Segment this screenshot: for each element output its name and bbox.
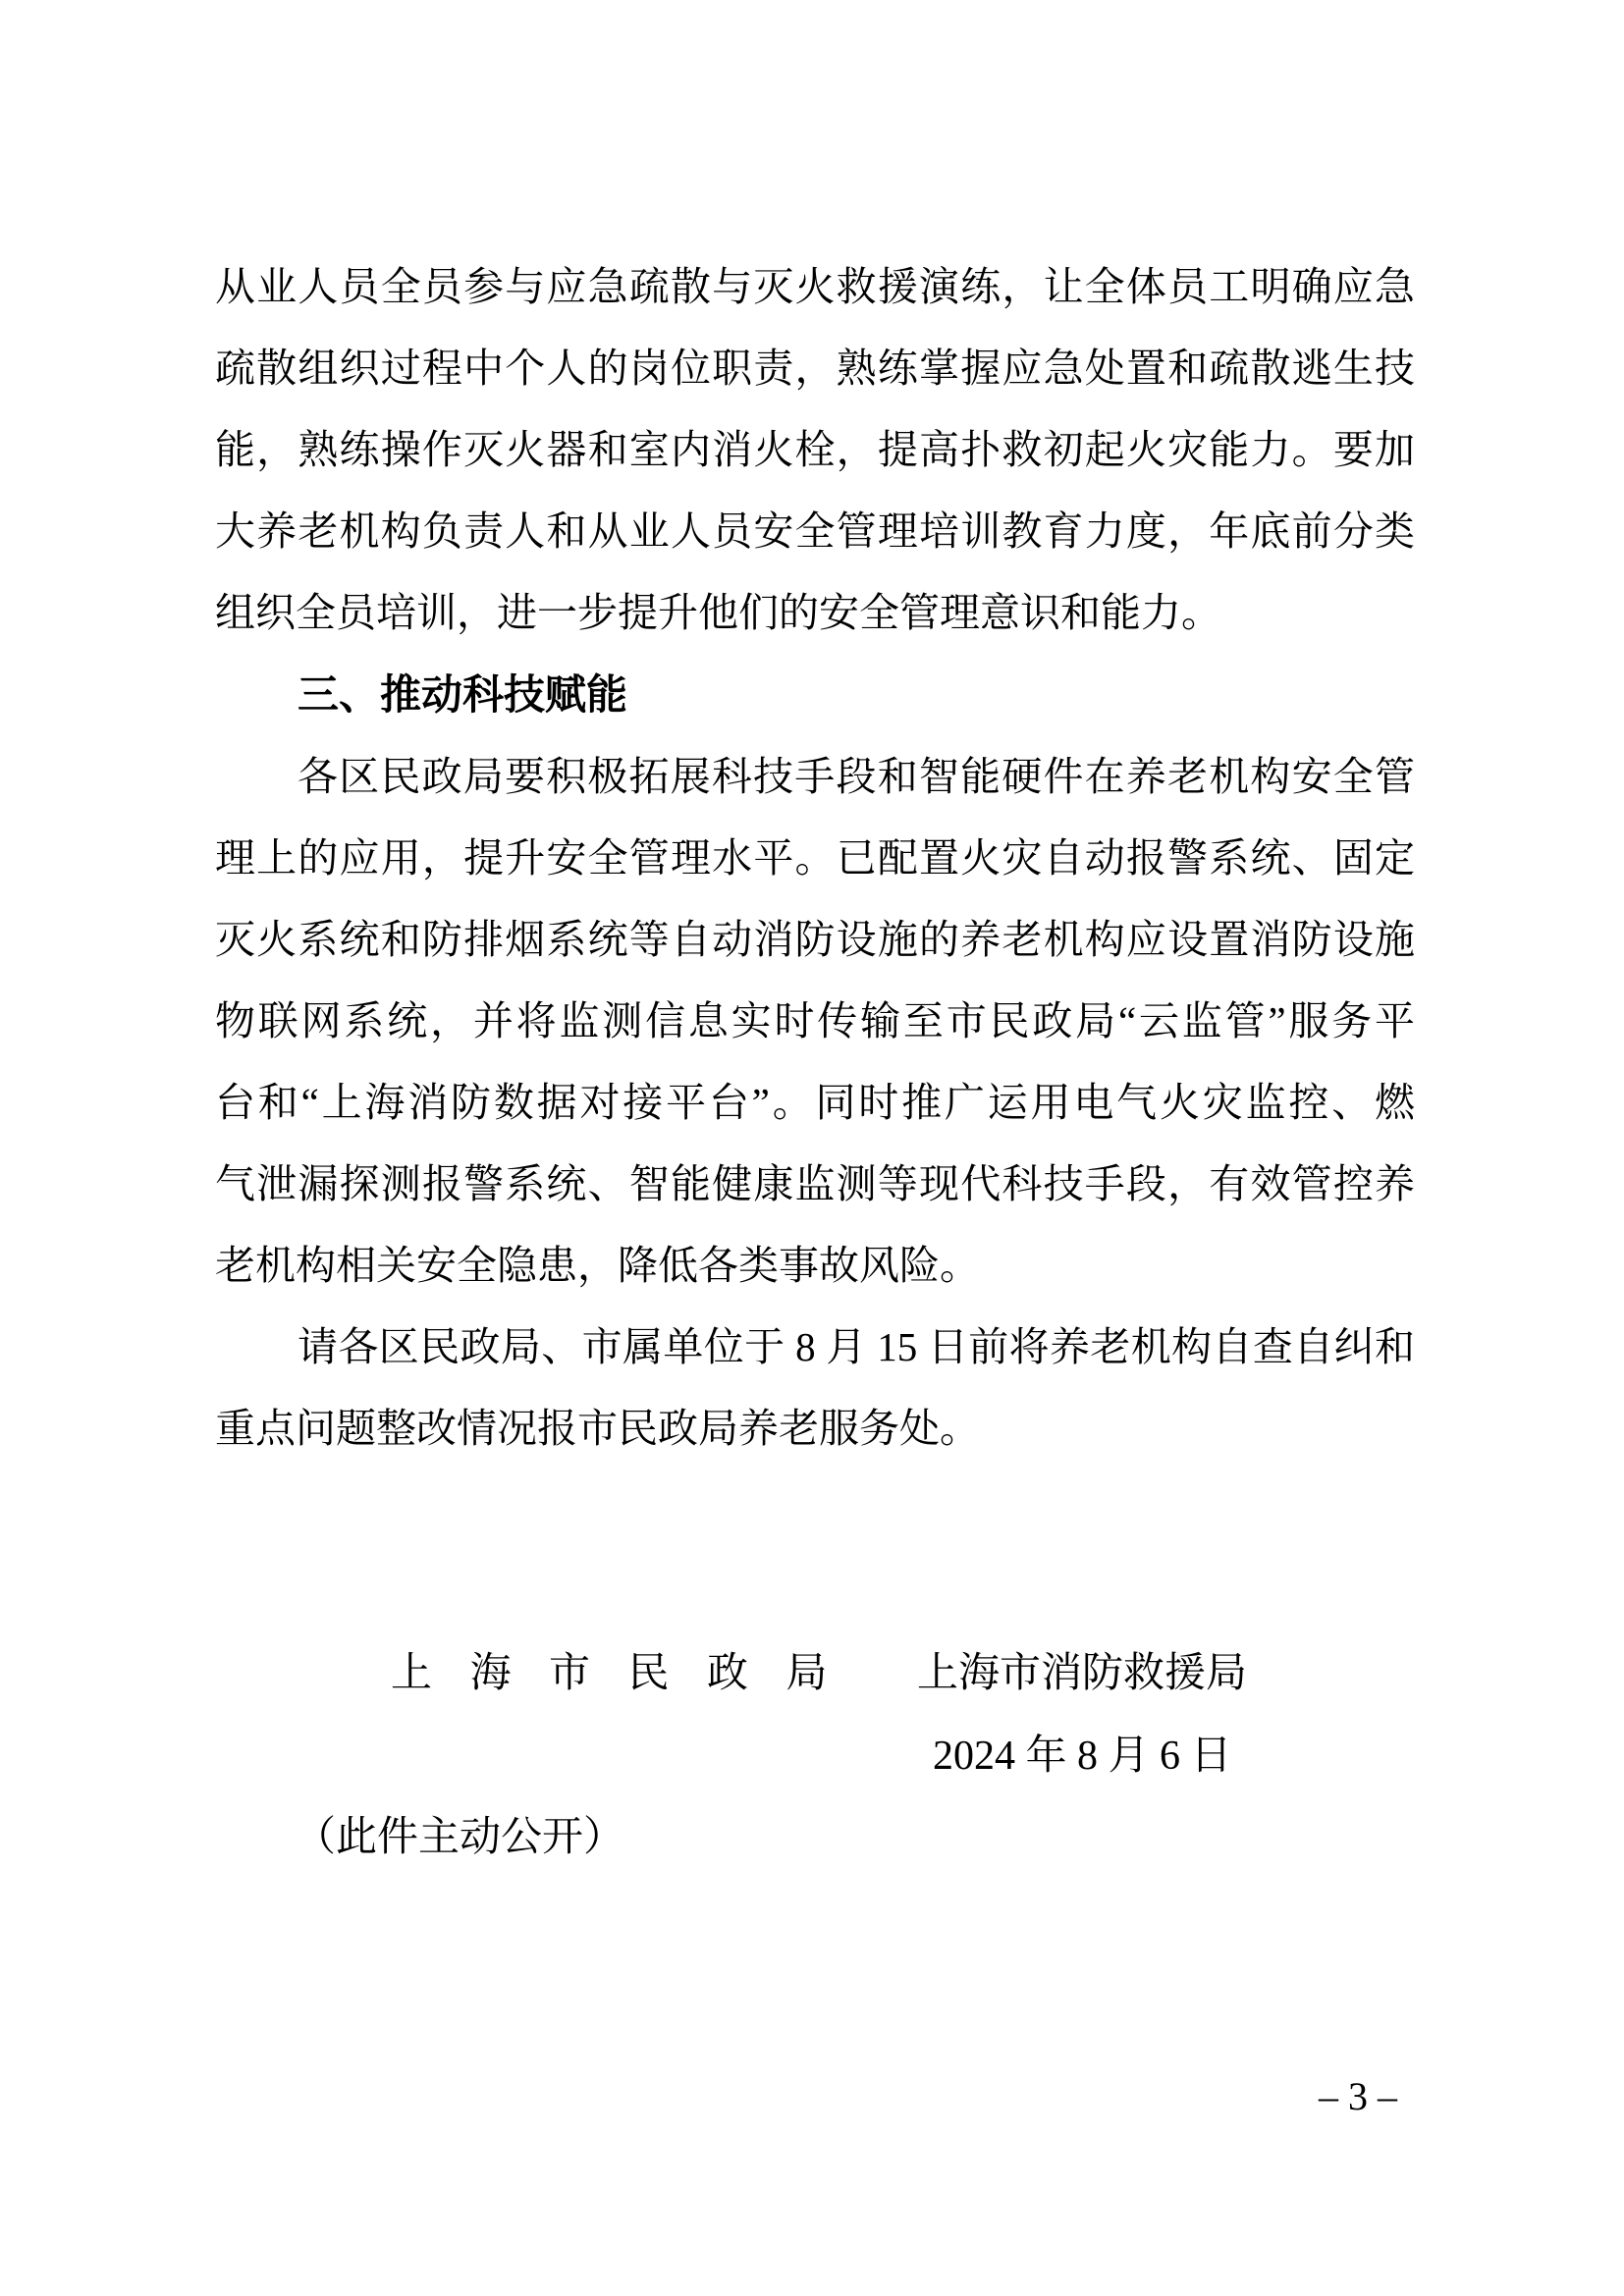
signature-org-right: 上海市消防救援局 bbox=[917, 1651, 1247, 1696]
body-line: 物联网系统，并将监测信息实时传输至市民政局“云监管”服务平 bbox=[215, 981, 1415, 1062]
body-line: 老机构相关安全隐患，降低各类事故风险。 bbox=[215, 1225, 1415, 1307]
body-line: 组织全员培训，进一步提升他们的安全管理意识和能力。 bbox=[215, 572, 1415, 654]
body-line: 灭火系统和防排烟系统等自动消防设施的养老机构应设置消防设施 bbox=[215, 899, 1415, 981]
body-line: 请各区民政局、市属单位于 8 月 15 日前将养老机构自查自纠和 bbox=[215, 1307, 1415, 1388]
body-line: 大养老机构负责人和从业人员安全管理培训教育力度，年底前分类 bbox=[215, 491, 1415, 572]
body-text: 从业人员全员参与应急疏散与灭火救援演练，让全体员工明确应急 疏散组织过程中个人的… bbox=[215, 246, 1415, 1469]
body-line: 从业人员全员参与应急疏散与灭火救援演练，让全体员工明确应急 bbox=[215, 246, 1415, 328]
body-line: 气泄漏探测报警系统、智能健康监测等现代科技手段，有效管控养 bbox=[215, 1144, 1415, 1225]
document-page: 从业人员全员参与应急疏散与灭火救援演练，让全体员工明确应急 疏散组织过程中个人的… bbox=[0, 0, 1624, 2296]
body-line: 重点问题整改情况报市民政局养老服务处。 bbox=[215, 1388, 1415, 1469]
body-line: 各区民政局要积极拓展科技手段和智能硬件在养老机构安全管 bbox=[215, 736, 1415, 818]
body-line: 能，熟练操作灭火器和室内消火栓，提高扑救初起火灾能力。要加 bbox=[215, 409, 1415, 491]
page-number: – 3 – bbox=[1319, 2075, 1397, 2118]
signature-date: 2024 年 8 月 6 日 bbox=[933, 1734, 1232, 1779]
section-heading: 三、推动科技赋能 bbox=[215, 654, 1415, 735]
body-line: 疏散组织过程中个人的岗位职责，熟练掌握应急处置和疏散逃生技 bbox=[215, 328, 1415, 409]
disclosure-note: （此件主动公开） bbox=[295, 1815, 624, 1860]
body-line: 台和“上海消防数据对接平台”。同时推广运用电气火灾监控、燃 bbox=[215, 1062, 1415, 1144]
body-line: 理上的应用，提升安全管理水平。已配置火灾自动报警系统、固定 bbox=[215, 818, 1415, 899]
signature-org-left: 上 海 市 民 政 局 bbox=[391, 1651, 841, 1696]
